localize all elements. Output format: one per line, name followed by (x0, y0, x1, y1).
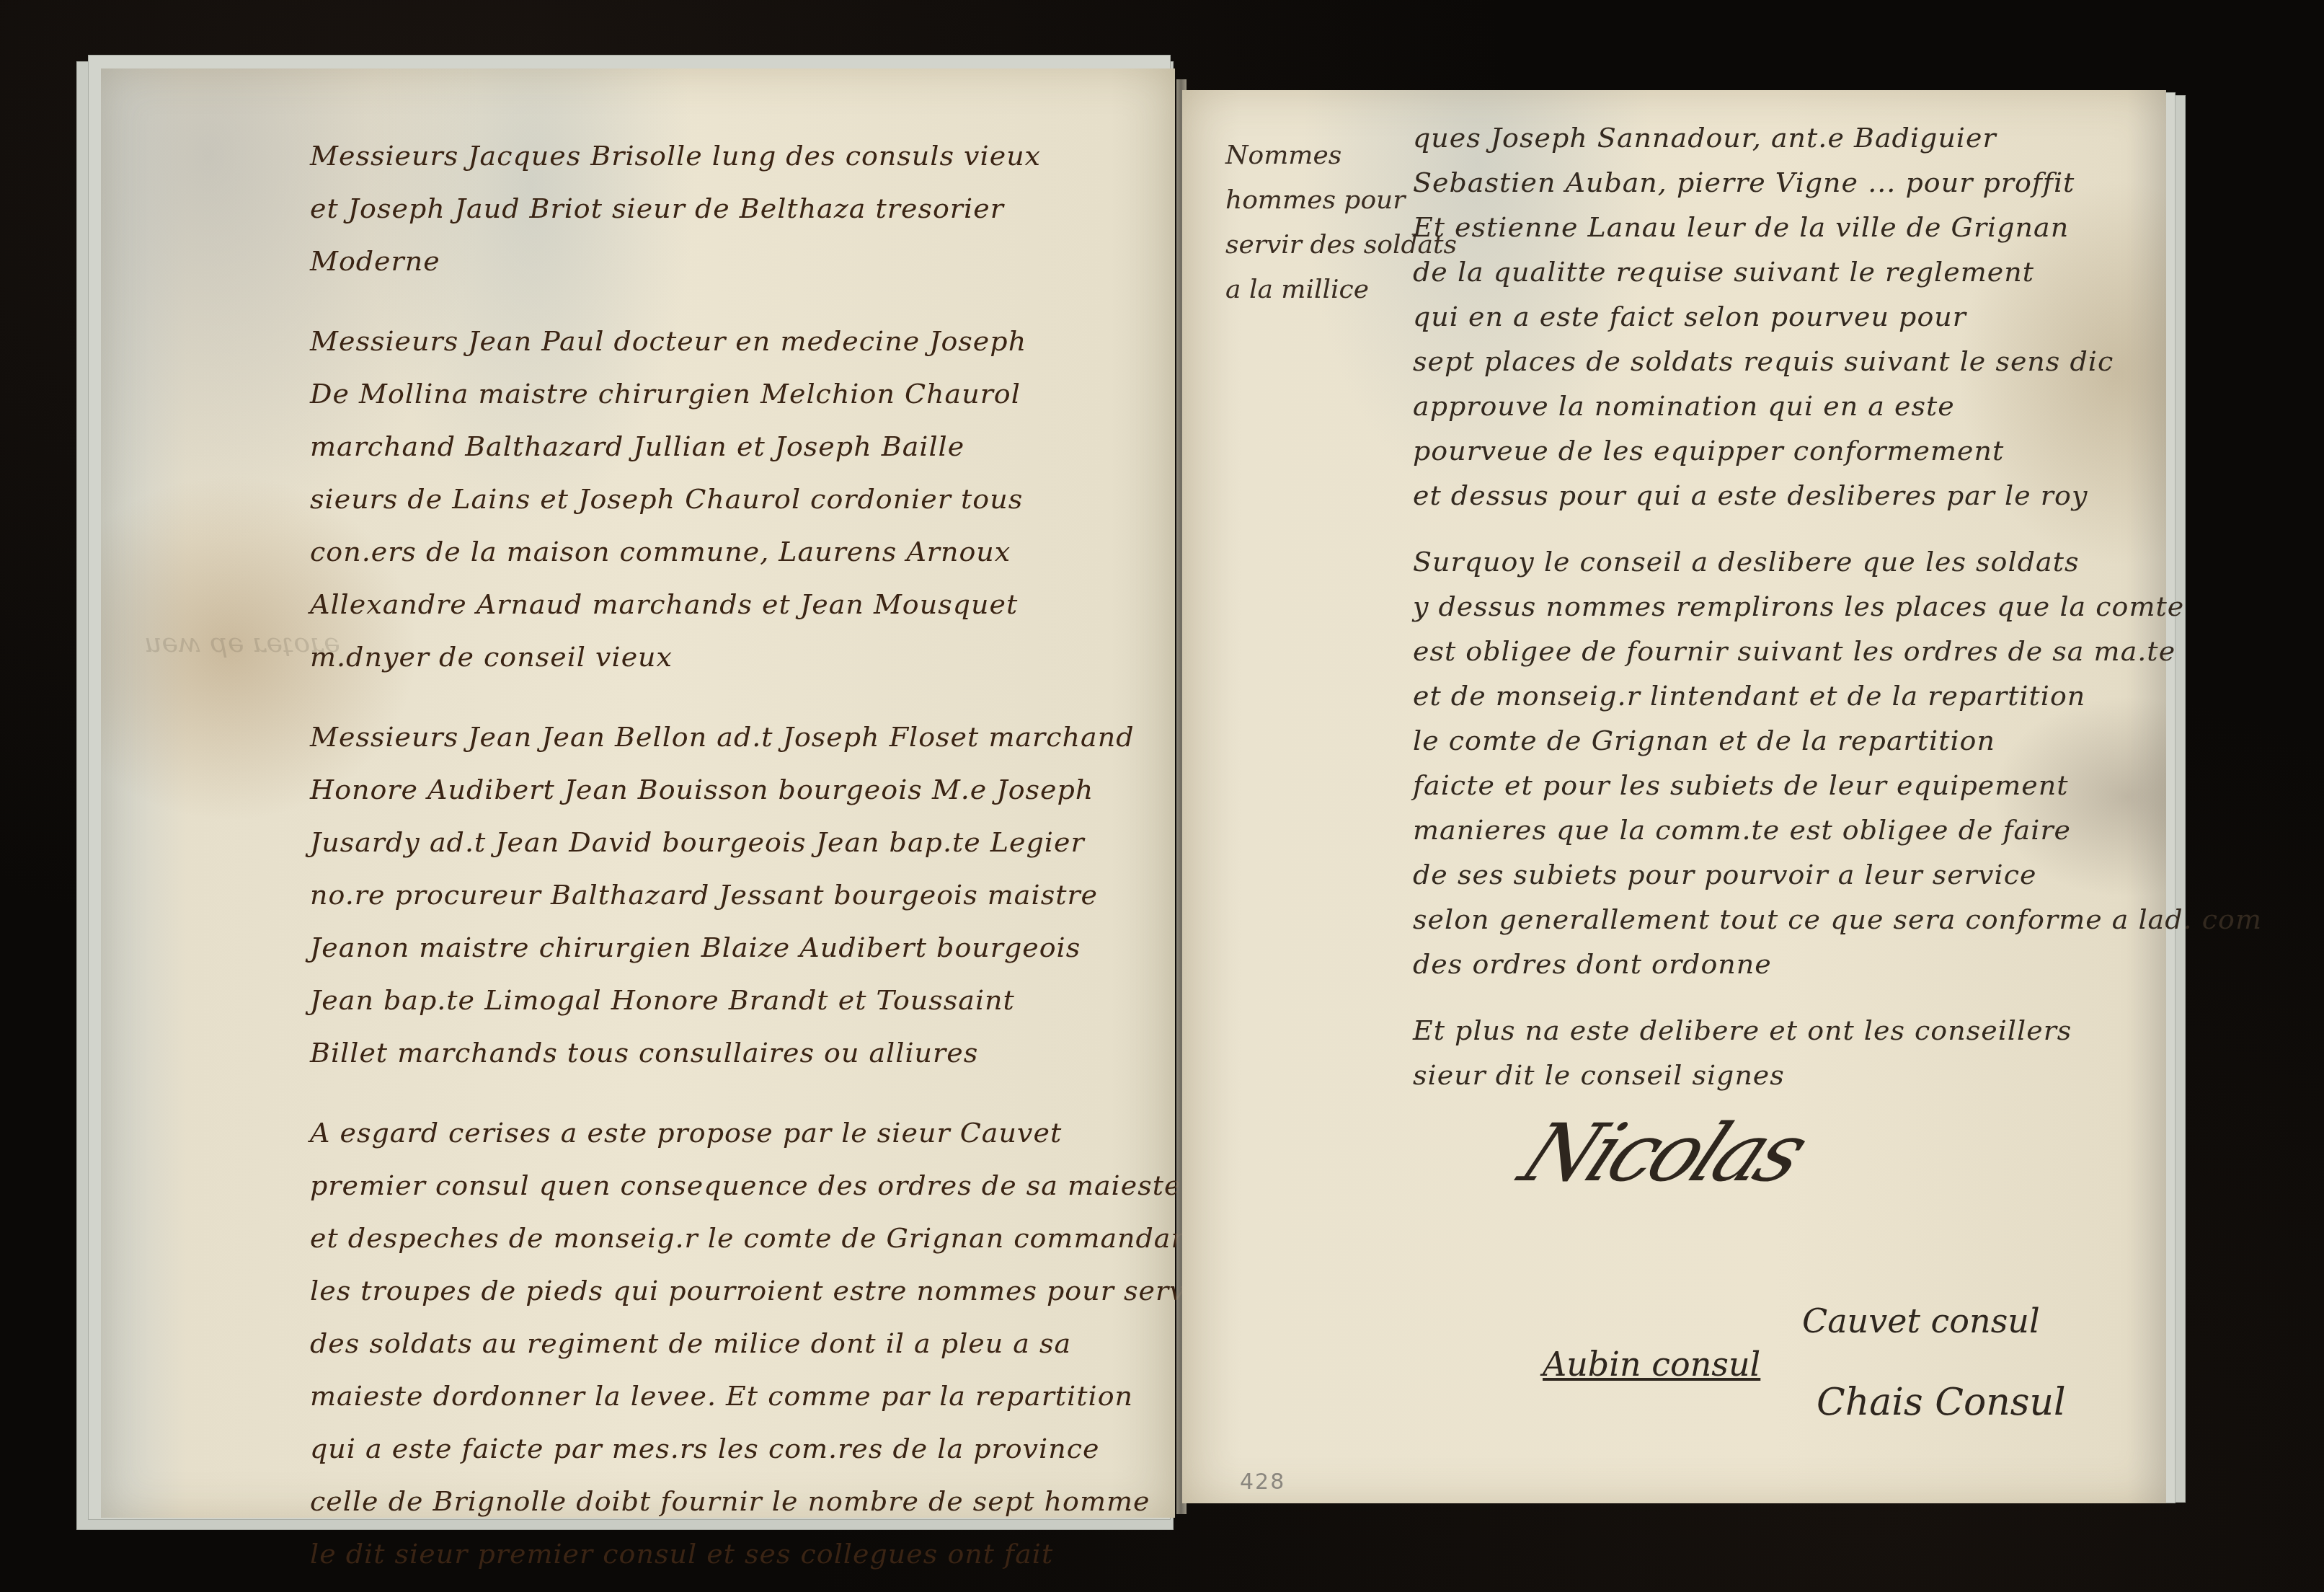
paragraph-nominees: ques Joseph Sannadour, ant.e Badiguier S… (1413, 115, 2155, 518)
text-line: Honore Audibert Jean Bouisson bourgeois … (310, 764, 1168, 816)
text-line: Surquoy le conseil a deslibere que les s… (1413, 539, 2155, 584)
signature-nicolas: Nicolas (1507, 1107, 1819, 1199)
text-line: no.re procureur Balthazard Jessant bourg… (310, 869, 1168, 921)
text-line: de la qualitte requise suivant le reglem… (1413, 249, 2155, 294)
text-line: con.ers de la maison commune, Laurens Ar… (310, 526, 1168, 578)
text-line: A esgard cerises a este propose par le s… (310, 1107, 1168, 1159)
text-line: Et plus na este delibere et ont les cons… (1413, 1008, 2155, 1053)
paragraph-closing: Et plus na este delibere et ont les cons… (1413, 1008, 2155, 1097)
text-line: et despeches de monseig.r le comte de Gr… (310, 1212, 1168, 1265)
text-line: Et estienne Lanau leur de la ville de Gr… (1413, 205, 2155, 249)
right-page: Nommes hommes pour servir des soldats a … (1182, 90, 2166, 1503)
signature-aubin: Aubin consul (1543, 1345, 1760, 1384)
text-line: Messieurs Jean Paul docteur en medecine … (310, 315, 1168, 368)
text-line: le dit sieur premier consul et ses colle… (310, 1528, 1168, 1580)
right-page-text: ques Joseph Sannadour, ant.e Badiguier S… (1413, 115, 2155, 1097)
paragraph-councillors: Messieurs Jean Paul docteur en medecine … (310, 315, 1168, 684)
text-line: pourveue de les equipper conformement (1413, 428, 2155, 473)
text-line: Jeanon maistre chirurgien Blaize Audiber… (310, 921, 1168, 974)
text-line: et Joseph Jaud Briot sieur de Belthaza t… (310, 182, 1168, 235)
text-line: m.dnyer de conseil vieux (310, 631, 1168, 684)
text-line: Messieurs Jean Jean Bellon ad.t Joseph F… (310, 711, 1168, 764)
text-line: Sebastien Auban, pierre Vigne ... pour p… (1413, 160, 2155, 205)
text-line: faicte et pour les subiets de leur equip… (1413, 763, 2155, 808)
text-line: des soldats au regiment de milice dont i… (310, 1317, 1168, 1370)
text-line: sept places de soldats requis suivant le… (1413, 339, 2155, 384)
text-line: de ses subiets pour pourvoir a leur serv… (1413, 852, 2155, 897)
text-line: Allexandre Arnaud marchands et Jean Mous… (310, 578, 1168, 631)
text-line: Jean bap.te Limogal Honore Brandt et Tou… (310, 974, 1168, 1027)
text-line: maieste dordonner la levee. Et comme par… (310, 1370, 1168, 1423)
paragraph-deliberation: Surquoy le conseil a deslibere que les s… (1413, 539, 2155, 986)
text-line: et dessus pour qui a este desliberes par… (1413, 473, 2155, 518)
text-line: ques Joseph Sannadour, ant.e Badiguier (1413, 115, 2155, 160)
text-line: qui a este faicte par mes.rs les com.res… (310, 1423, 1168, 1475)
text-line: marchand Balthazard Jullian et Joseph Ba… (310, 420, 1168, 473)
text-line: Moderne (310, 235, 1168, 288)
text-line: selon generallement tout ce que sera con… (1413, 897, 2155, 942)
text-line: Jusardy ad.t Jean David bourgeois Jean b… (310, 816, 1168, 869)
text-line: Messieurs Jacques Brisolle lung des cons… (310, 130, 1168, 182)
signature-cauvet: Cauvet consul (1802, 1301, 2040, 1340)
paragraph-proposal: A esgard cerises a este propose par le s… (310, 1107, 1168, 1580)
signature-chais: Chais Consul (1817, 1381, 2066, 1424)
folio-number: 428 (1240, 1469, 1285, 1495)
paragraph-consuls: Messieurs Jacques Brisolle lung des cons… (310, 130, 1168, 288)
text-line: le comte de Grignan et de la repartition (1413, 718, 2155, 763)
text-line: Billet marchands tous consullaires ou al… (310, 1027, 1168, 1079)
text-line: approuve la nomination qui en a este (1413, 384, 2155, 428)
text-line: des ordres dont ordonne (1413, 942, 2155, 986)
text-line: est obligee de fournir suivant les ordre… (1413, 629, 2155, 673)
left-page: ǝɹoʇǝɹ ǝp ʍǝu Messieurs Jacques Brisolle… (101, 68, 1175, 1518)
paragraph-attendees: Messieurs Jean Jean Bellon ad.t Joseph F… (310, 711, 1168, 1079)
text-line: les troupes de pieds qui pourroient estr… (310, 1265, 1168, 1317)
text-line: qui en a este faict selon pourveu pour (1413, 294, 2155, 339)
text-line: De Mollina maistre chirurgien Melchion C… (310, 368, 1168, 420)
text-line: y dessus nommes remplirons les places qu… (1413, 584, 2155, 629)
left-page-text: Messieurs Jacques Brisolle lung des cons… (310, 130, 1168, 1580)
text-line: premier consul quen consequence des ordr… (310, 1159, 1168, 1212)
text-line: sieurs de Lains et Joseph Chaurol cordon… (310, 473, 1168, 526)
text-line: manieres que la comm.te est obligee de f… (1413, 808, 2155, 852)
text-line: et de monseig.r lintendant et de la repa… (1413, 673, 2155, 718)
text-line: sieur dit le conseil signes (1413, 1053, 2155, 1097)
text-line: celle de Brignolle doibt fournir le nomb… (310, 1475, 1168, 1528)
